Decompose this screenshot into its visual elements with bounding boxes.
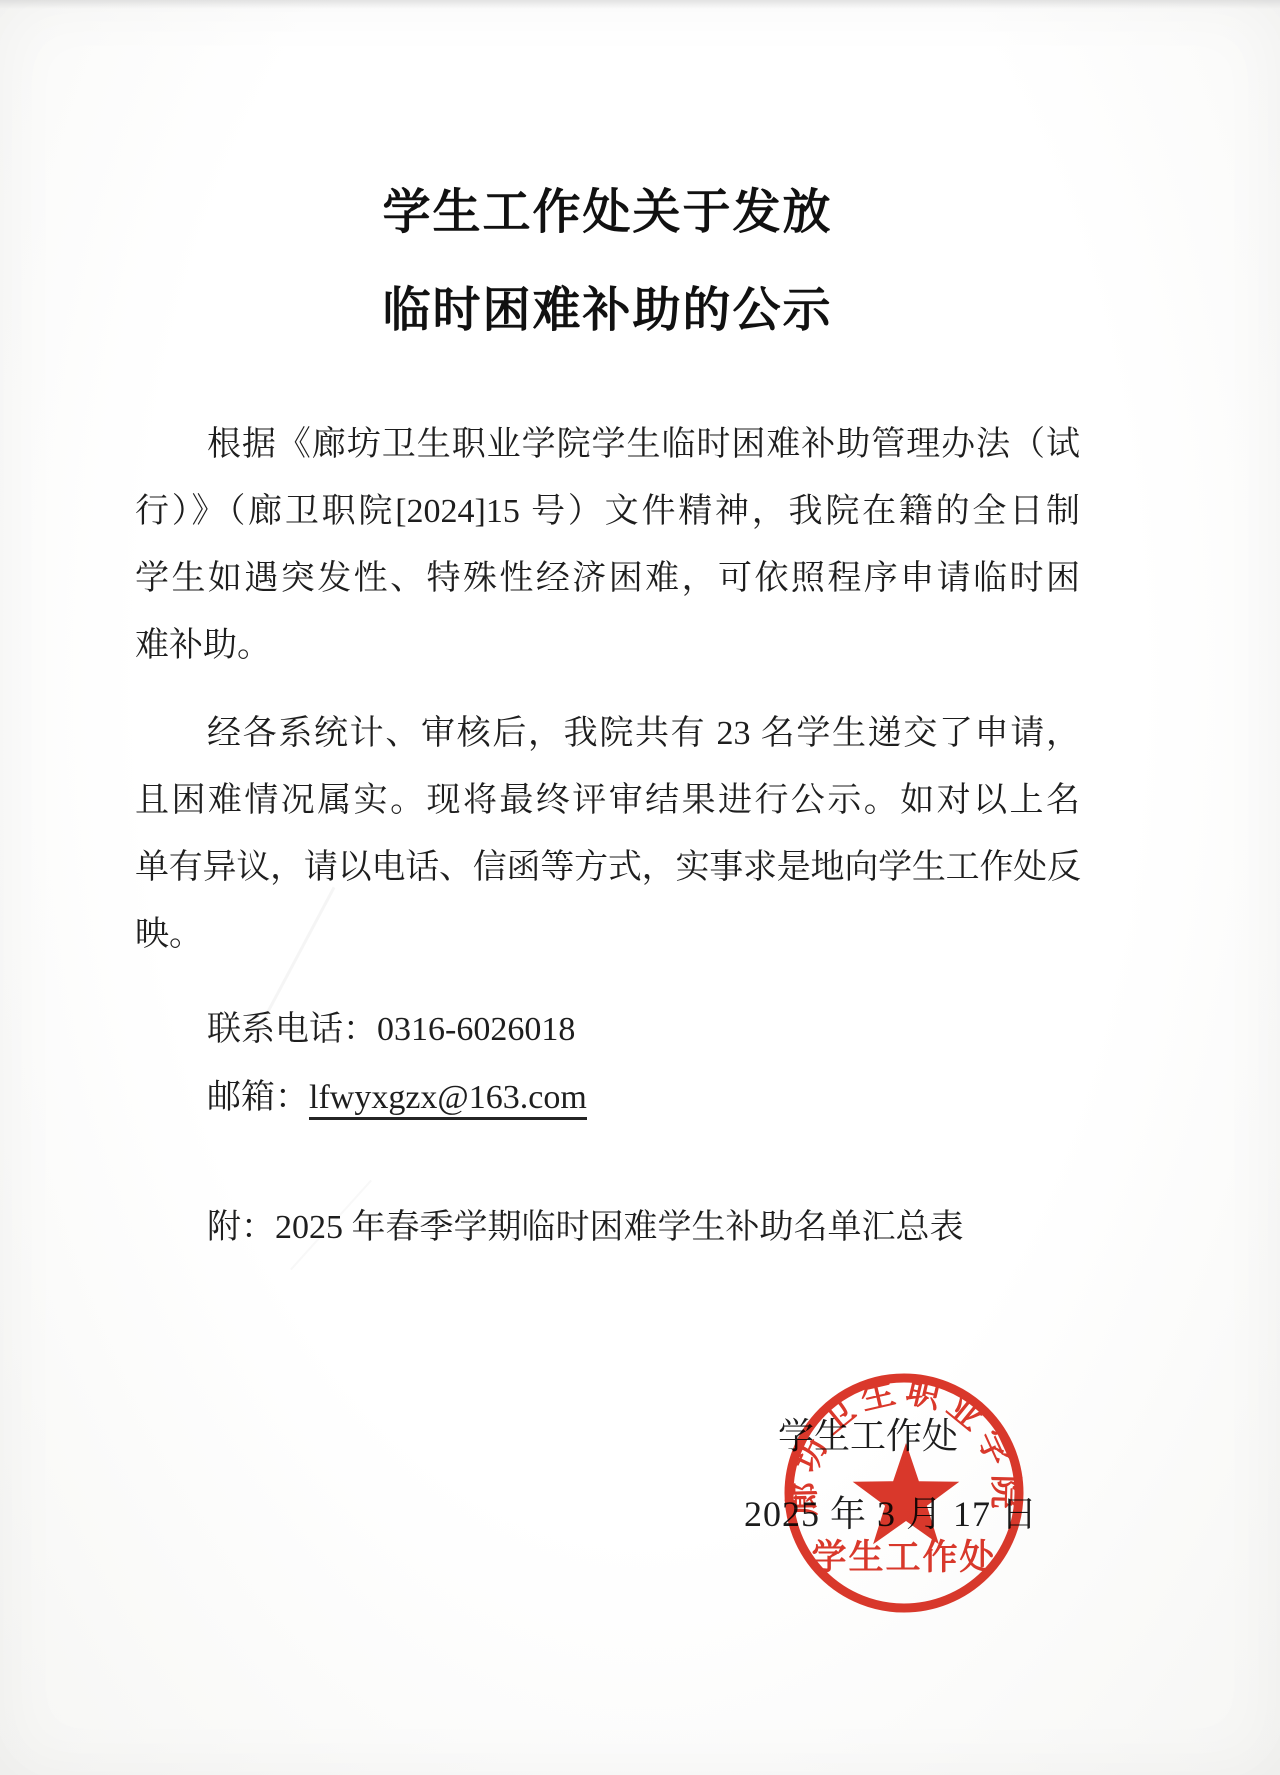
body-line: 经各系统计、审核后，我院共有 23 名学生递交了申请， (135, 700, 1080, 767)
body-line: 单有异议，请以电话、信函等方式，实事求是地向学生工作处反 (135, 834, 1080, 901)
contact-email-label: 邮箱： (207, 1079, 309, 1116)
contact-email-value: lfwyxgzx@163.com (309, 1079, 587, 1120)
scan-edge-artifact (0, 0, 1280, 9)
body-line: 难补助。 (135, 612, 1080, 679)
seal-bottom-text: 学生工作处 (811, 1538, 996, 1577)
paragraph-basis: 根据《廊坊卫生职业学院学生临时困难补助管理办法（试 行）》（廊卫职院[2024]… (135, 411, 1080, 679)
notice-title-line-1: 学生工作处关于发放 (135, 185, 1080, 241)
attachment-block: 附：2025 年春季学期临时困难学生补助名单汇总表 (135, 1203, 1080, 1253)
contact-phone-line: 联系电话：0316-6026018 (135, 996, 1080, 1064)
body-line: 行）》（廊卫职院[2024]15 号）文件精神，我院在籍的全日制 (135, 478, 1080, 545)
contact-email-line: 邮箱：lfwyxgzx@163.com (135, 1064, 1080, 1132)
body-line: 根据《廊坊卫生职业学院学生临时困难补助管理办法（试 (135, 411, 1080, 478)
notice-title-line-2: 临时困难补助的公示 (135, 283, 1080, 339)
seal-star-icon (853, 1443, 960, 1544)
paragraph-review-result: 经各系统计、审核后，我院共有 23 名学生递交了申请， 且困难情况属实。现将最终… (135, 700, 1080, 968)
body-line: 且困难情况属实。现将最终评审结果进行公示。如对以上名 (135, 767, 1080, 834)
contact-block: 联系电话：0316-6026018 邮箱：lfwyxgzx@163.com (135, 996, 1080, 1132)
attachment-line: 附：2025 年春季学期临时困难学生补助名单汇总表 (135, 1203, 1080, 1253)
contact-phone-value: 0316-6026018 (377, 1011, 575, 1048)
contact-phone-label: 联系电话： (207, 1011, 377, 1048)
body-line: 映。 (135, 901, 1080, 968)
notice-document-page: 学生工作处关于发放 临时困难补助的公示 根据《廊坊卫生职业学院学生临时困难补助管… (0, 0, 1280, 1775)
official-seal: 廊坊卫生职业学院 学生工作处 (774, 1363, 1034, 1623)
body-line: 学生如遇突发性、特殊性经济困难，可依照程序申请临时困 (135, 545, 1080, 612)
